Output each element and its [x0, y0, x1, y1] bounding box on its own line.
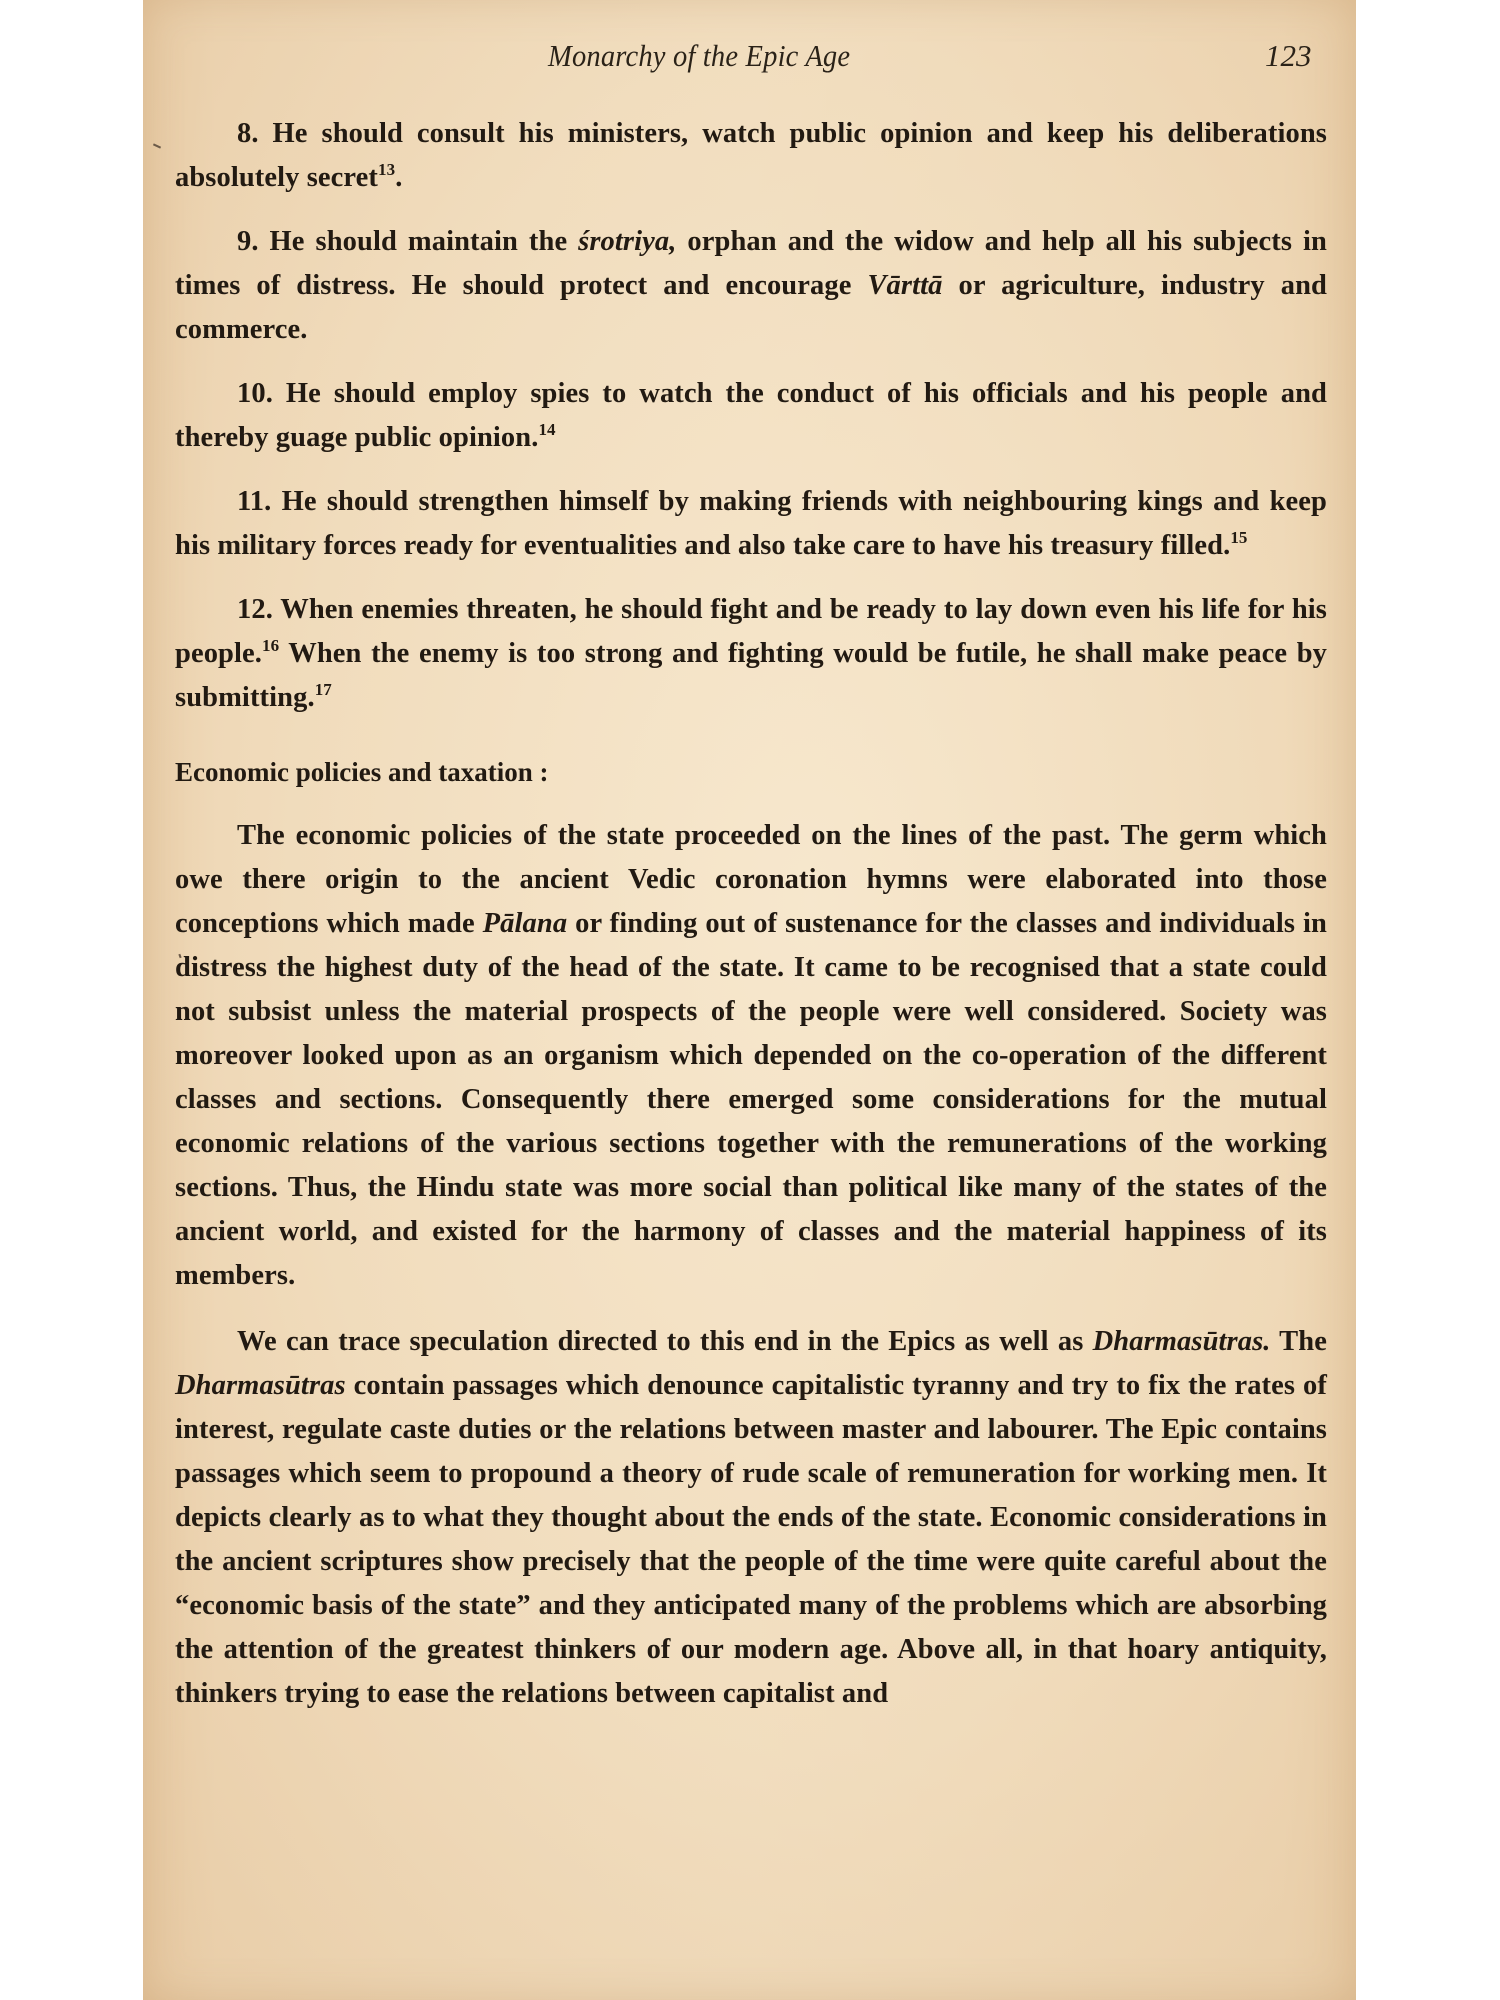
body-paragraph: The economic policies of the state proce… [175, 814, 1327, 1298]
footnote-ref: 17 [315, 680, 332, 699]
numbered-paragraph: 11. He should strengthen himself by maki… [175, 480, 1327, 568]
numbered-paragraph: 9. He should maintain the śrotriya, orph… [175, 220, 1327, 352]
page-header: Monarchy of the Epic Age 123 [143, 38, 1356, 82]
section-heading: Economic policies and taxation : [175, 750, 1327, 794]
footnote-ref: 14 [538, 420, 555, 439]
italic-term: śrotriya, [578, 226, 676, 257]
footnote-ref: 13 [378, 160, 395, 179]
numbered-paragraph: 8. He should consult his ministers, watc… [175, 112, 1327, 200]
margin-mark [153, 143, 161, 148]
italic-term: Dharmasūtras. [1093, 1326, 1271, 1357]
page-number: 123 [1265, 38, 1312, 74]
body-paragraph: We can trace speculation directed to thi… [175, 1320, 1327, 1716]
numbered-paragraph: 12. When enemies threaten, he should fig… [175, 588, 1327, 720]
numbered-duties-list: 8. He should consult his ministers, watc… [175, 112, 1327, 720]
footnote-ref: 15 [1230, 528, 1247, 547]
footnote-ref: 16 [262, 636, 279, 655]
italic-term: Pālana [483, 908, 568, 939]
book-page: Monarchy of the Epic Age 123 8. He shoul… [143, 0, 1356, 2000]
running-title: Monarchy of the Epic Age [548, 38, 850, 74]
page-body: 8. He should consult his ministers, watc… [175, 112, 1327, 1716]
italic-term: Vārttā [867, 270, 942, 301]
italic-term: Dharmasūtras [175, 1370, 346, 1401]
numbered-paragraph: 10. He should employ spies to watch the … [175, 372, 1327, 460]
section-body: The economic policies of the state proce… [175, 814, 1327, 1716]
